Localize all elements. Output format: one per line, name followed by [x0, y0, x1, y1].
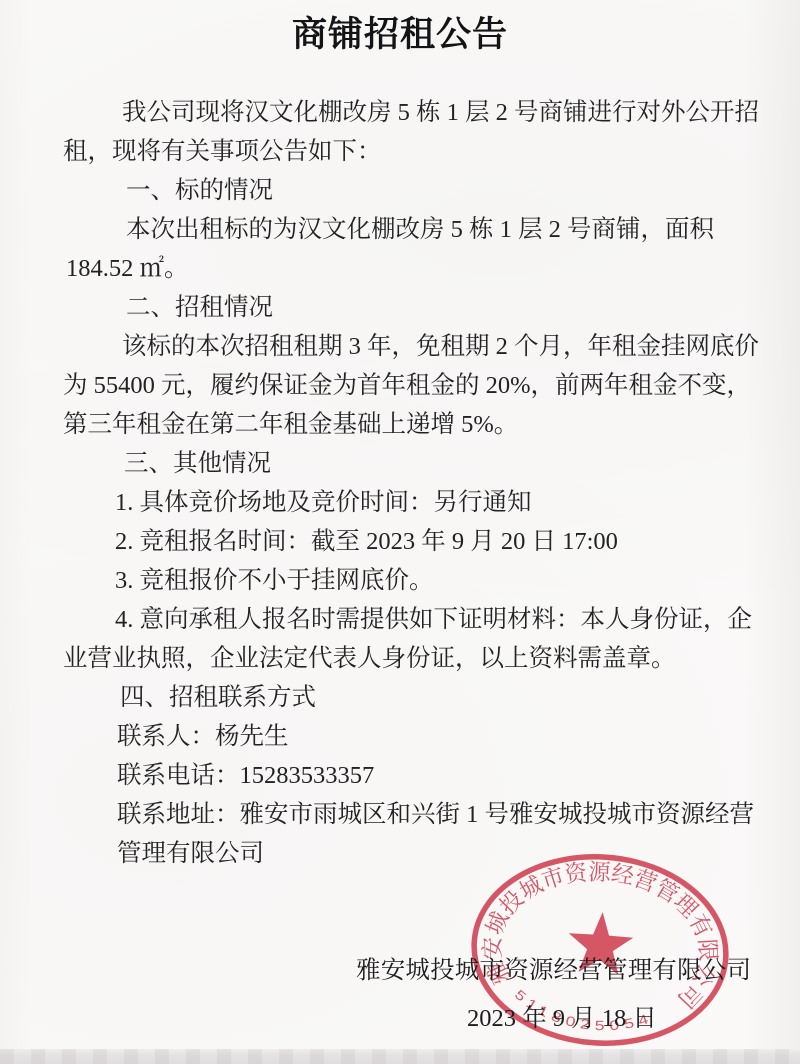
list-item-4: 4. 意向承租人报名时需提供如下证明材料：本人身份证，企	[115, 598, 800, 637]
section-heading-4: 四、招租联系方式	[120, 676, 800, 715]
list-item-2: 2. 竞租报名时间：截至 2023 年 9 月 20 日 17:00	[115, 520, 800, 559]
signature-company: 雅安城投城市资源经营管理有限公司	[356, 951, 751, 986]
scanned-announcement-page: 商铺招租公告 我公司现将汉文化棚改房 5 栋 1 层 2 号商铺进行对外公开招 …	[0, 0, 800, 1064]
doc-line: 第三年租金在第二年租金基础上递增 5%。	[63, 403, 800, 442]
section-heading-1: 一、标的情况	[126, 169, 800, 208]
doc-line: 该标的本次招租租期 3 年，免租期 2 个月，年租金挂网底价	[122, 325, 800, 364]
document-body: 我公司现将汉文化棚改房 5 栋 1 层 2 号商铺进行对外公开招 租，现将有关事…	[0, 91, 800, 871]
contact-address-line: 联系地址：雅安市雨城区和兴街 1 号雅安城投城市资源经营	[117, 793, 800, 832]
section-heading-3: 三、其他情况	[124, 442, 800, 481]
doc-line: 我公司现将汉文化棚改房 5 栋 1 层 2 号商铺进行对外公开招	[122, 91, 800, 130]
contact-phone-line: 联系电话：15283533357	[117, 754, 800, 793]
doc-line: 本次出租标的为汉文化棚改房 5 栋 1 层 2 号商铺，面积	[126, 208, 800, 247]
doc-line: 业营业执照，企业法定代表人身份证，以上资料需盖章。	[63, 637, 800, 676]
list-item-1: 1. 具体竞价场地及竞价时间：另行通知	[115, 481, 800, 520]
list-item-3: 3. 竞租报价不小于挂网底价。	[115, 559, 800, 598]
page-title: 商铺招租公告	[0, 7, 800, 57]
doc-line: 为 55400 元，履约保证金为首年租金的 20%，前两年租金不变，	[63, 364, 800, 403]
doc-line: 租，现将有关事项公告如下：	[63, 130, 800, 169]
contact-person-line: 联系人：杨先生	[117, 715, 800, 754]
signature-date: 2023 年 9 月 18 日	[467, 999, 657, 1034]
doc-line: 184.52 ㎡。	[66, 247, 800, 286]
section-heading-2: 二、招租情况	[126, 286, 800, 325]
